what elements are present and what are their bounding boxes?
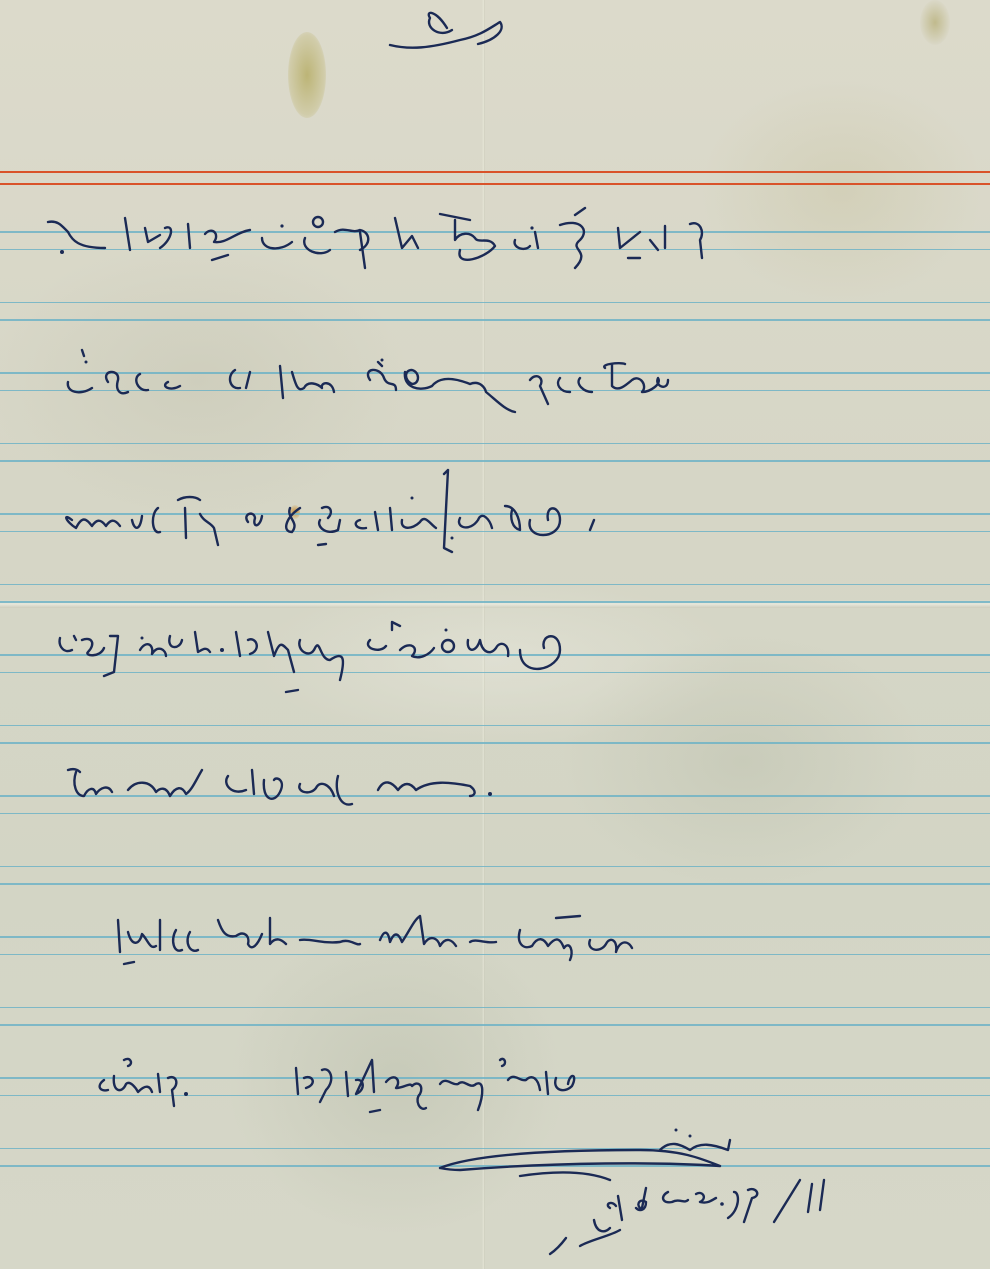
body-line-2 xyxy=(68,350,668,412)
body-line-6 xyxy=(118,916,632,964)
body-line-1 xyxy=(48,208,702,268)
date xyxy=(642,1180,824,1222)
body-line-5 xyxy=(68,769,492,804)
body-line-4 xyxy=(60,622,560,692)
header-mark xyxy=(390,13,502,48)
body-line-7 xyxy=(100,1059,575,1112)
handwriting xyxy=(0,0,990,1269)
body-line-3 xyxy=(66,470,594,552)
place-name xyxy=(550,1196,646,1254)
signature xyxy=(440,1129,730,1181)
letter-sheet xyxy=(0,0,990,1269)
